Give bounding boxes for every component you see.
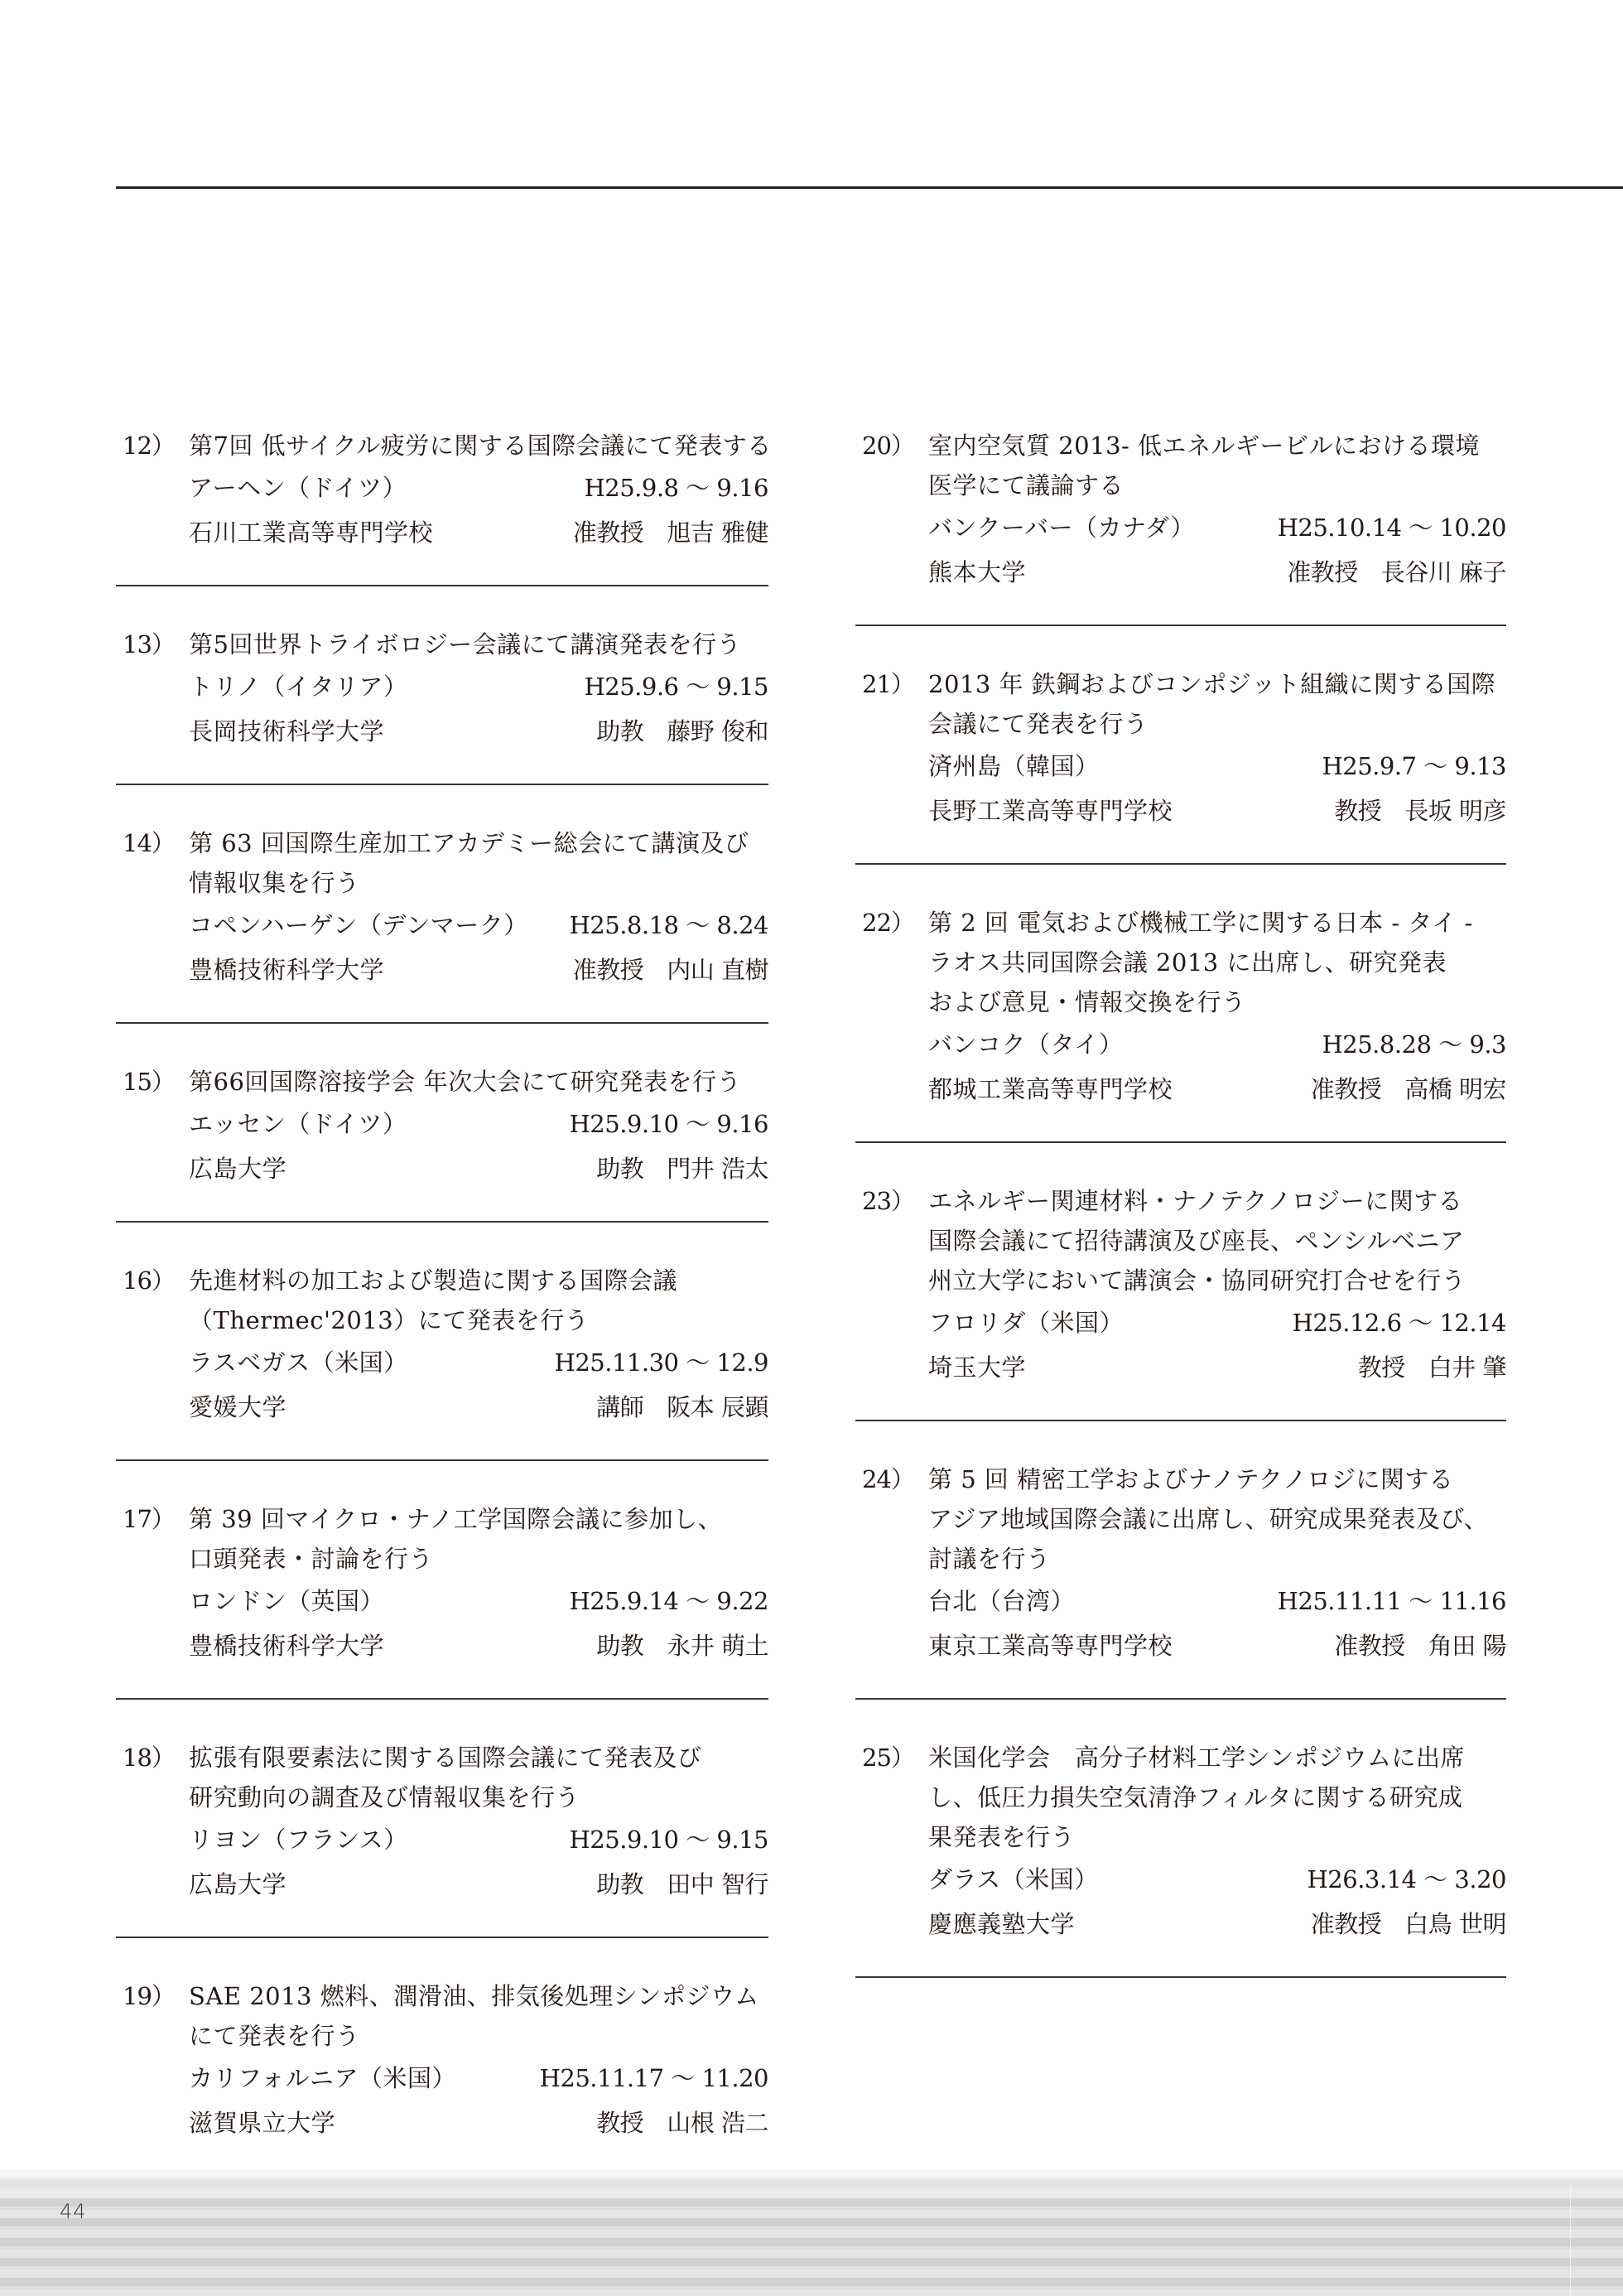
- entry-title-row: 19） SAE 2013 燃料、潤滑油、排気後処理シンポジウムにて発表を行う: [116, 1976, 768, 2056]
- entry-institution: 豊橋技術科学大学: [189, 948, 384, 992]
- entry-institution: 広島大学: [189, 1862, 287, 1907]
- entry-title-line: 討議を行う: [928, 1539, 1506, 1579]
- entry-title: 拡張有限要素法に関する国際会議にて発表及び研究動向の調査及び情報収集を行う: [189, 1738, 768, 1817]
- entry-location-row: トリノ（イタリア） H25.9.6 ～ 9.15: [116, 664, 768, 709]
- entry-person: 准教授 高橋 明宏: [1311, 1067, 1506, 1112]
- entry-name: 長坂 明彦: [1404, 789, 1506, 833]
- entry-location-row: エッセン（ドイツ） H25.9.10 ～ 9.16: [116, 1102, 768, 1146]
- entry: 14） 第 63 回国際生産加工アカデミー総会にて講演及び情報収集を行う コペン…: [116, 803, 768, 1024]
- entry-affiliation-row: 石川工業高等専門学校 准教授 旭吉 雅健: [116, 510, 768, 555]
- entry-location: ラスベガス（米国）: [189, 1340, 408, 1385]
- entry-dates: H25.9.10 ～ 9.16: [570, 1102, 769, 1146]
- entry: 18） 拡張有限要素法に関する国際会議にて発表及び研究動向の調査及び情報収集を行…: [116, 1718, 768, 1938]
- entry-title-row: 20） 室内空気質 2013- 低エネルギービルにおける環境医学にて議論する: [855, 426, 1506, 505]
- entry-person: 教授 白井 肇: [1358, 1345, 1506, 1390]
- entry-name: 長谷川 麻子: [1381, 550, 1506, 595]
- entry-location: バンコク（タイ）: [928, 1022, 1123, 1067]
- entry-affiliation-row: 長岡技術科学大学 助教 藤野 俊和: [116, 709, 768, 754]
- entry-person: 准教授 角田 陽: [1334, 1623, 1506, 1668]
- entry-position: 助教: [596, 1146, 643, 1191]
- entry-location-row: バンクーバー（カナダ） H25.10.14 ～ 10.20: [855, 505, 1506, 550]
- entry-location-row: ダラス（米国） H26.3.14 ～ 3.20: [855, 1857, 1506, 1902]
- entry-position: 准教授: [1287, 550, 1358, 595]
- entry-position: 講師: [596, 1385, 643, 1430]
- entry-location-row: ラスベガス（米国） H25.11.30 ～ 12.9: [116, 1340, 768, 1385]
- entry-dates: H25.11.30 ～ 12.9: [555, 1340, 768, 1385]
- entry-title: 室内空気質 2013- 低エネルギービルにおける環境医学にて議論する: [928, 426, 1506, 505]
- entry-number: 22）: [855, 903, 928, 943]
- entry-name: 内山 直樹: [667, 948, 768, 992]
- entry-number: 15）: [116, 1062, 189, 1102]
- entry-institution: 長岡技術科学大学: [189, 709, 384, 754]
- entry-number: 24）: [855, 1459, 928, 1499]
- entry-dates: H25.11.11 ～ 11.16: [1278, 1579, 1506, 1623]
- entry-affiliation-row: 埼玉大学 教授 白井 肇: [855, 1345, 1506, 1390]
- entry-name: 白鳥 世明: [1404, 1902, 1506, 1946]
- entry-affiliation-row: 慶應義塾大学 准教授 白鳥 世明: [855, 1902, 1506, 1946]
- entry-title-line: 米国化学会 高分子材料工学シンポジウムに出席: [928, 1738, 1506, 1777]
- entry: 25） 米国化学会 高分子材料工学シンポジウムに出席し、低圧力損失空気清浄フィル…: [855, 1718, 1506, 1978]
- entry: 13） 第5回世界トライボロジー会議にて講演発表を行う トリノ（イタリア） H2…: [116, 605, 768, 785]
- entry-title: SAE 2013 燃料、潤滑油、排気後処理シンポジウムにて発表を行う: [189, 1976, 768, 2056]
- entry-institution: 熊本大学: [928, 550, 1026, 595]
- entry-position: 准教授: [1334, 1623, 1405, 1668]
- entry-name: 永井 萌土: [667, 1623, 768, 1668]
- entry-title-line: ラオス共同国際会議 2013 に出席し、研究発表: [928, 943, 1506, 982]
- entry-title-line: および意見・情報交換を行う: [928, 982, 1506, 1022]
- entry-title-row: 24） 第 5 回 精密工学およびナノテクノロジに関するアジア地域国際会議に出席…: [855, 1459, 1506, 1579]
- entry-affiliation-row: 熊本大学 准教授 長谷川 麻子: [855, 550, 1506, 595]
- entry: 16） 先進材料の加工および製造に関する国際会議（Thermec'2013）にて…: [116, 1241, 768, 1461]
- entry: 24） 第 5 回 精密工学およびナノテクノロジに関するアジア地域国際会議に出席…: [855, 1440, 1506, 1700]
- entry-title: エネルギー関連材料・ナノテクノロジーに関する国際会議にて招待講演及び座長、ペンシ…: [928, 1181, 1506, 1300]
- entry-dates: H25.11.17 ～ 11.20: [540, 2056, 768, 2101]
- entry-position: 助教: [596, 709, 643, 754]
- entry-title: 2013 年 鉄鋼およびコンポジット組織に関する国際会議にて発表を行う: [928, 664, 1506, 744]
- entry-affiliation-row: 豊橋技術科学大学 助教 永井 萌土: [116, 1623, 768, 1668]
- entry-number: 16）: [116, 1261, 189, 1300]
- entry-location: ロンドン（英国）: [189, 1579, 384, 1623]
- entry-person: 講師 阪本 辰顕: [596, 1385, 768, 1430]
- entry-title: 先進材料の加工および製造に関する国際会議（Thermec'2013）にて発表を行…: [189, 1261, 768, 1340]
- entry-affiliation-row: 広島大学 助教 門井 浩太: [116, 1146, 768, 1191]
- entry-affiliation-row: 愛媛大学 講師 阪本 辰顕: [116, 1385, 768, 1430]
- entry-location-row: 台北（台湾） H25.11.11 ～ 11.16: [855, 1579, 1506, 1623]
- entry-person: 准教授 内山 直樹: [573, 948, 768, 992]
- entry-title: 第 39 回マイクロ・ナノ工学国際会議に参加し、口頭発表・討論を行う: [189, 1499, 768, 1579]
- entry-title-line: 第 2 回 電気および機械工学に関する日本 - タイ -: [928, 903, 1506, 943]
- page-number: 44: [60, 2200, 87, 2223]
- entry-name: 田中 智行: [667, 1862, 768, 1907]
- entry-number: 17）: [116, 1499, 189, 1539]
- entry-position: 准教授: [1311, 1067, 1382, 1112]
- entry-person: 准教授 長谷川 麻子: [1287, 550, 1506, 595]
- entry-dates: H25.9.14 ～ 9.22: [570, 1579, 769, 1623]
- entry-number: 23）: [855, 1181, 928, 1221]
- entry-institution: 東京工業高等専門学校: [928, 1623, 1173, 1668]
- entry-title: 第66回国際溶接学会 年次大会にて研究発表を行う: [189, 1062, 768, 1102]
- entry-position: 准教授: [573, 948, 644, 992]
- entry-title-row: 23） エネルギー関連材料・ナノテクノロジーに関する国際会議にて招待講演及び座長…: [855, 1181, 1506, 1300]
- entry-number: 21）: [855, 664, 928, 704]
- entry-title-line: 拡張有限要素法に関する国際会議にて発表及び: [189, 1738, 768, 1777]
- entry-position: 助教: [596, 1862, 643, 1907]
- entry-title-row: 15） 第66回国際溶接学会 年次大会にて研究発表を行う: [116, 1062, 768, 1102]
- entry-title-line: 先進材料の加工および製造に関する国際会議: [189, 1261, 768, 1300]
- entry-affiliation-row: 東京工業高等専門学校 准教授 角田 陽: [855, 1623, 1506, 1668]
- entry-name: 藤野 俊和: [667, 709, 768, 754]
- entry-location: アーヘン（ドイツ）: [189, 465, 407, 510]
- entry-title-line: 第 39 回マイクロ・ナノ工学国際会議に参加し、: [189, 1499, 768, 1539]
- entry-title-line: 州立大学において講演会・協同研究打合せを行う: [928, 1261, 1506, 1300]
- entry-location: コペンハーゲン（デンマーク）: [189, 903, 528, 948]
- entry: 12） 第7回 低サイクル疲労に関する国際会議にて発表する アーヘン（ドイツ） …: [116, 406, 768, 586]
- entry-location-row: コペンハーゲン（デンマーク） H25.8.18 ～ 8.24: [116, 903, 768, 948]
- entry-title-row: 25） 米国化学会 高分子材料工学シンポジウムに出席し、低圧力損失空気清浄フィル…: [855, 1738, 1506, 1857]
- entry-title-line: 会議にて発表を行う: [928, 704, 1506, 744]
- right-column: 20） 室内空気質 2013- 低エネルギービルにおける環境医学にて議論する バ…: [855, 406, 1506, 1996]
- entry-location-row: バンコク（タイ） H25.8.28 ～ 9.3: [855, 1022, 1506, 1067]
- entry: 19） SAE 2013 燃料、潤滑油、排気後処理シンポジウムにて発表を行う カ…: [116, 1956, 768, 2177]
- entry-title-line: 第 5 回 精密工学およびナノテクノロジに関する: [928, 1459, 1506, 1499]
- entry-institution: 慶應義塾大学: [928, 1902, 1075, 1946]
- entry-location: バンクーバー（カナダ）: [928, 505, 1195, 550]
- entry-institution: 石川工業高等専門学校: [189, 510, 433, 555]
- entry-name: 阪本 辰顕: [667, 1385, 768, 1430]
- entry-person: 助教 門井 浩太: [596, 1146, 768, 1191]
- entry-affiliation-row: 長野工業高等専門学校 教授 長坂 明彦: [855, 789, 1506, 833]
- entry: 23） エネルギー関連材料・ナノテクノロジーに関する国際会議にて招待講演及び座長…: [855, 1161, 1506, 1421]
- entry-title-line: アジア地域国際会議に出席し、研究成果発表及び、: [928, 1499, 1506, 1539]
- entry-title: 第 5 回 精密工学およびナノテクノロジに関するアジア地域国際会議に出席し、研究…: [928, 1459, 1506, 1579]
- entry-institution: 滋賀県立大学: [189, 2101, 335, 2145]
- entry-number: 13）: [116, 625, 189, 664]
- entry-title-row: 14） 第 63 回国際生産加工アカデミー総会にて講演及び情報収集を行う: [116, 823, 768, 903]
- entry-title-line: 2013 年 鉄鋼およびコンポジット組織に関する国際: [928, 664, 1506, 704]
- entry-dates: H25.8.28 ～ 9.3: [1322, 1022, 1506, 1067]
- entry-person: 准教授 旭吉 雅健: [573, 510, 768, 555]
- entry-institution: 埼玉大学: [928, 1345, 1026, 1390]
- entry-institution: 広島大学: [189, 1146, 287, 1191]
- entry-person: 准教授 白鳥 世明: [1311, 1902, 1506, 1946]
- entry-location-row: リヨン（フランス） H25.9.10 ～ 9.15: [116, 1817, 768, 1862]
- entry-location-row: フロリダ（米国） H25.12.6 ～ 12.14: [855, 1300, 1506, 1345]
- entry-title-line: し、低圧力損失空気清浄フィルタに関する研究成: [928, 1777, 1506, 1817]
- entry-position: 教授: [596, 2101, 643, 2145]
- entry-title-line: 口頭発表・討論を行う: [189, 1539, 768, 1579]
- entry-location: フロリダ（米国）: [928, 1300, 1124, 1345]
- entry-name: 高橋 明宏: [1404, 1067, 1506, 1112]
- entry-position: 教授: [1358, 1345, 1405, 1390]
- entry-title-line: （Thermec'2013）にて発表を行う: [189, 1300, 768, 1340]
- entry-name: 山根 浩二: [667, 2101, 768, 2145]
- entry-title-line: 第5回世界トライボロジー会議にて講演発表を行う: [189, 625, 768, 664]
- entry-location-row: アーヘン（ドイツ） H25.9.8 ～ 9.16: [116, 465, 768, 510]
- entry-dates: H26.3.14 ～ 3.20: [1308, 1857, 1507, 1902]
- entry: 17） 第 39 回マイクロ・ナノ工学国際会議に参加し、口頭発表・討論を行う ロ…: [116, 1479, 768, 1700]
- entry-person: 教授 長坂 明彦: [1334, 789, 1506, 833]
- entry-location-row: ロンドン（英国） H25.9.14 ～ 9.22: [116, 1579, 768, 1623]
- entry-dates: H25.8.18 ～ 8.24: [570, 903, 769, 948]
- entry-location-row: 済州島（韓国） H25.9.7 ～ 9.13: [855, 744, 1506, 789]
- entry-dates: H25.9.6 ～ 9.15: [584, 664, 768, 709]
- entry-dates: H25.9.8 ～ 9.16: [584, 465, 768, 510]
- entry-institution: 都城工業高等専門学校: [928, 1067, 1173, 1112]
- entry-title-line: 第7回 低サイクル疲労に関する国際会議にて発表する: [189, 426, 772, 465]
- entry-title: 第 2 回 電気および機械工学に関する日本 - タイ -ラオス共同国際会議 20…: [928, 903, 1506, 1022]
- entry-title-line: 室内空気質 2013- 低エネルギービルにおける環境: [928, 426, 1506, 465]
- entry-title-line: エネルギー関連材料・ナノテクノロジーに関する: [928, 1181, 1506, 1221]
- entry-location: リヨン（フランス）: [189, 1817, 408, 1862]
- entry-location: ダラス（米国）: [928, 1857, 1099, 1902]
- entry-person: 助教 田中 智行: [596, 1862, 768, 1907]
- entry-title-row: 13） 第5回世界トライボロジー会議にて講演発表を行う: [116, 625, 768, 664]
- entry-position: 助教: [596, 1623, 643, 1668]
- entry-title: 米国化学会 高分子材料工学シンポジウムに出席し、低圧力損失空気清浄フィルタに関す…: [928, 1738, 1506, 1857]
- entry: 22） 第 2 回 電気および機械工学に関する日本 - タイ -ラオス共同国際会…: [855, 883, 1506, 1143]
- left-column: 12） 第7回 低サイクル疲労に関する国際会議にて発表する アーヘン（ドイツ） …: [116, 406, 768, 2195]
- entry: 20） 室内空気質 2013- 低エネルギービルにおける環境医学にて議論する バ…: [855, 406, 1506, 626]
- entry-title-row: 21） 2013 年 鉄鋼およびコンポジット組織に関する国際会議にて発表を行う: [855, 664, 1506, 744]
- footer-divider: [1570, 2183, 1571, 2296]
- entry-title-line: 第66回国際溶接学会 年次大会にて研究発表を行う: [189, 1062, 768, 1102]
- entry-title-line: 研究動向の調査及び情報収集を行う: [189, 1777, 768, 1817]
- entry-title-row: 17） 第 39 回マイクロ・ナノ工学国際会議に参加し、口頭発表・討論を行う: [116, 1499, 768, 1579]
- entry-institution: 愛媛大学: [189, 1385, 287, 1430]
- entry-person: 助教 藤野 俊和: [596, 709, 768, 754]
- entry-dates: H25.9.10 ～ 9.15: [570, 1817, 769, 1862]
- entry: 15） 第66回国際溶接学会 年次大会にて研究発表を行う エッセン（ドイツ） H…: [116, 1042, 768, 1223]
- entry-title-row: 22） 第 2 回 電気および機械工学に関する日本 - タイ -ラオス共同国際会…: [855, 903, 1506, 1022]
- entry-affiliation-row: 都城工業高等専門学校 准教授 高橋 明宏: [855, 1067, 1506, 1112]
- entry: 21） 2013 年 鉄鋼およびコンポジット組織に関する国際会議にて発表を行う …: [855, 644, 1506, 865]
- entry-name: 旭吉 雅健: [667, 510, 768, 555]
- entry-title-line: 果発表を行う: [928, 1817, 1506, 1857]
- entry-title-row: 12） 第7回 低サイクル疲労に関する国際会議にて発表する: [116, 426, 768, 465]
- entry-location: 済州島（韓国）: [928, 744, 1100, 789]
- entry-title: 第7回 低サイクル疲労に関する国際会議にて発表する: [189, 426, 772, 465]
- entry-dates: H25.10.14 ～ 10.20: [1278, 505, 1506, 550]
- entry-title: 第 63 回国際生産加工アカデミー総会にて講演及び情報収集を行う: [189, 823, 768, 903]
- entry-person: 教授 山根 浩二: [596, 2101, 768, 2145]
- entry-affiliation-row: 豊橋技術科学大学 准教授 内山 直樹: [116, 948, 768, 992]
- entry-location: トリノ（イタリア）: [189, 664, 407, 709]
- entry-dates: H25.9.7 ～ 9.13: [1322, 744, 1506, 789]
- entry-position: 准教授: [573, 510, 644, 555]
- entry-location: エッセン（ドイツ）: [189, 1102, 407, 1146]
- entry-name: 白井 肇: [1428, 1345, 1506, 1390]
- entry-name: 角田 陽: [1428, 1623, 1506, 1668]
- entry-affiliation-row: 滋賀県立大学 教授 山根 浩二: [116, 2101, 768, 2145]
- entry-title: 第5回世界トライボロジー会議にて講演発表を行う: [189, 625, 768, 664]
- entry-name: 門井 浩太: [667, 1146, 768, 1191]
- entry-title-line: にて発表を行う: [189, 2016, 768, 2056]
- entry-number: 25）: [855, 1738, 928, 1777]
- entry-location: カリフォルニア（米国）: [189, 2056, 456, 2101]
- entry-title-row: 18） 拡張有限要素法に関する国際会議にて発表及び研究動向の調査及び情報収集を行…: [116, 1738, 768, 1817]
- entry-title-line: 国際会議にて招待講演及び座長、ペンシルベニア: [928, 1221, 1506, 1261]
- entry-number: 19）: [116, 1976, 189, 2016]
- entry-number: 18）: [116, 1738, 189, 1777]
- entry-title-line: SAE 2013 燃料、潤滑油、排気後処理シンポジウム: [189, 1976, 768, 2016]
- entry-number: 12）: [116, 426, 189, 465]
- header-rule: [116, 186, 1623, 189]
- entry-location: 台北（台湾）: [928, 1579, 1075, 1623]
- entry-location-row: カリフォルニア（米国） H25.11.17 ～ 11.20: [116, 2056, 768, 2101]
- entry-title-line: 情報収集を行う: [189, 863, 768, 903]
- entry-position: 准教授: [1311, 1902, 1382, 1946]
- entry-number: 20）: [855, 426, 928, 465]
- footer-fade: [0, 2154, 1623, 2203]
- entry-person: 助教 永井 萌土: [596, 1623, 768, 1668]
- entry-position: 教授: [1334, 789, 1381, 833]
- entry-title-line: 医学にて議論する: [928, 465, 1506, 505]
- entry-title-line: 第 63 回国際生産加工アカデミー総会にて講演及び: [189, 823, 768, 863]
- entry-institution: 豊橋技術科学大学: [189, 1623, 384, 1668]
- entry-institution: 長野工業高等専門学校: [928, 789, 1173, 833]
- entry-number: 14）: [116, 823, 189, 863]
- entry-dates: H25.12.6 ～ 12.14: [1293, 1300, 1506, 1345]
- entry-title-row: 16） 先進材料の加工および製造に関する国際会議（Thermec'2013）にて…: [116, 1261, 768, 1340]
- entry-affiliation-row: 広島大学 助教 田中 智行: [116, 1862, 768, 1907]
